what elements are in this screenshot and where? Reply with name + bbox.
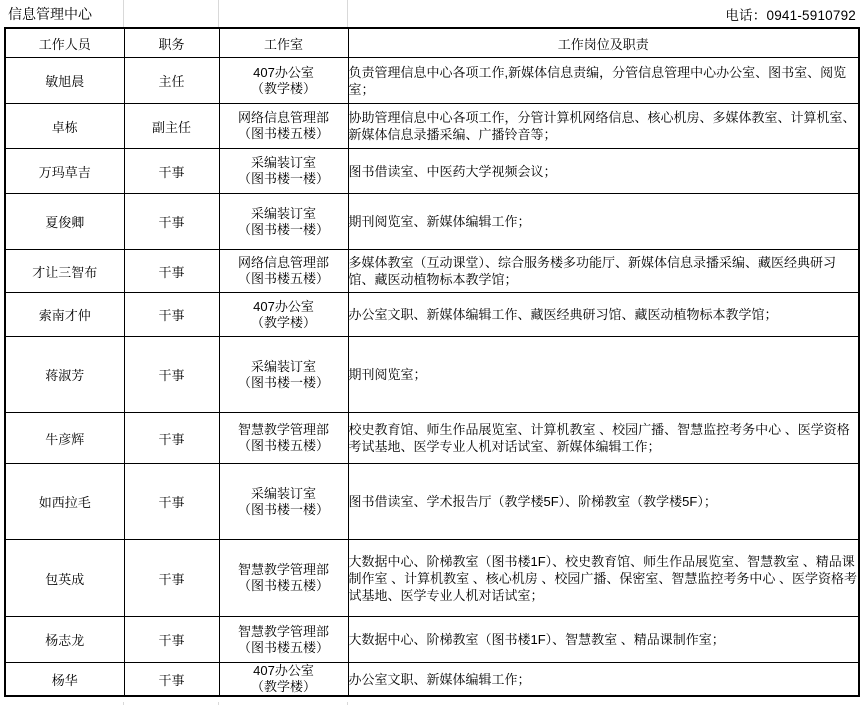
table-row: 卓栋 副主任 网络信息管理部 （图书楼五楼） 协助管理信息中心各项工作，分管计算… xyxy=(5,104,859,149)
office-name: 407办公室 xyxy=(220,65,348,81)
staff-duties-cell: 期刊阅览室、新媒体编辑工作； xyxy=(348,194,859,250)
title-row: 信息管理中心 电话：0941-5910792 xyxy=(0,0,864,27)
phone-number: 电话：0941-5910792 xyxy=(725,0,856,27)
staff-name-cell: 包英成 xyxy=(5,540,124,617)
header-office: 工作室 xyxy=(219,28,348,58)
staff-office-cell: 采编装订室 （图书楼一楼） xyxy=(219,194,348,250)
staff-office-cell: 407办公室 （教学楼） xyxy=(219,663,348,697)
staff-duties-cell: 多媒体教室（互动课堂）、综合服务楼多功能厅、新媒体信息录播采编、藏医经典研习馆、… xyxy=(348,250,859,293)
table-row: 牛彦辉 干事 智慧教学管理部 （图书楼五楼） 校史教育馆、师生作品展览室、计算机… xyxy=(5,413,859,464)
page-title: 信息管理中心 xyxy=(8,0,92,27)
table-row: 敏旭晨 主任 407办公室 （教学楼） 负责管理信息中心各项工作,新媒体信息责编… xyxy=(5,58,859,104)
staff-office-cell: 采编装订室 （图书楼一楼） xyxy=(219,464,348,540)
office-location: （图书楼五楼） xyxy=(220,126,348,142)
sheet-view: 信息管理中心 电话：0941-5910792 工作人员 职务 工作室 工作岗位及… xyxy=(0,0,864,705)
table-header: 工作人员 职务 工作室 工作岗位及职责 xyxy=(5,28,859,58)
staff-name-cell: 蒋淑芳 xyxy=(5,337,124,413)
gridline xyxy=(218,0,219,27)
staff-office-cell: 智慧教学管理部 （图书楼五楼） xyxy=(219,413,348,464)
table-body: 敏旭晨 主任 407办公室 （教学楼） 负责管理信息中心各项工作,新媒体信息责编… xyxy=(5,58,859,697)
gridline xyxy=(347,0,348,27)
staff-office-cell: 智慧教学管理部 （图书楼五楼） xyxy=(219,540,348,617)
staff-name-cell: 敏旭晨 xyxy=(5,58,124,104)
staff-office-cell: 采编装订室 （图书楼一楼） xyxy=(219,337,348,413)
table-row: 索南才仲 干事 407办公室 （教学楼） 办公室文职、新媒体编辑工作、藏医经典研… xyxy=(5,293,859,337)
staff-name-cell: 夏俊卿 xyxy=(5,194,124,250)
staff-office-cell: 407办公室 （教学楼） xyxy=(219,293,348,337)
staff-position-cell: 干事 xyxy=(124,663,219,697)
staff-position-cell: 干事 xyxy=(124,149,219,194)
staff-duties-cell: 协助管理信息中心各项工作，分管计算机网络信息、核心机房、多媒体教室、计算机室、新… xyxy=(348,104,859,149)
office-location: （图书楼一楼） xyxy=(220,222,348,238)
staff-office-cell: 网络信息管理部 （图书楼五楼） xyxy=(219,250,348,293)
staff-name-cell: 万玛草吉 xyxy=(5,149,124,194)
staff-position-cell: 干事 xyxy=(124,464,219,540)
office-location: （图书楼一楼） xyxy=(220,171,348,187)
office-location: （图书楼一楼） xyxy=(220,502,348,518)
office-name: 采编装订室 xyxy=(220,206,348,222)
office-name: 网络信息管理部 xyxy=(220,255,348,271)
table-row: 夏俊卿 干事 采编装订室 （图书楼一楼） 期刊阅览室、新媒体编辑工作； xyxy=(5,194,859,250)
table-row: 如西拉毛 干事 采编装订室 （图书楼一楼） 图书借读室、学术报告厅（教学楼5F）… xyxy=(5,464,859,540)
staff-duties-cell: 期刊阅览室； xyxy=(348,337,859,413)
staff-position-cell: 干事 xyxy=(124,293,219,337)
staff-duties-cell: 图书借读室、中医药大学视频会议； xyxy=(348,149,859,194)
staff-duty-table: 工作人员 职务 工作室 工作岗位及职责 敏旭晨 主任 407办公室 （教学楼） … xyxy=(4,27,860,697)
table-row: 才让三智布 干事 网络信息管理部 （图书楼五楼） 多媒体教室（互动课堂）、综合服… xyxy=(5,250,859,293)
staff-office-cell: 网络信息管理部 （图书楼五楼） xyxy=(219,104,348,149)
office-location: （图书楼五楼） xyxy=(220,271,348,287)
header-staff: 工作人员 xyxy=(5,28,124,58)
office-location: （教学楼） xyxy=(220,679,348,695)
staff-name-cell: 索南才仲 xyxy=(5,293,124,337)
staff-name-cell: 牛彦辉 xyxy=(5,413,124,464)
office-location: （图书楼五楼） xyxy=(220,640,348,656)
staff-name-cell: 如西拉毛 xyxy=(5,464,124,540)
staff-office-cell: 采编装订室 （图书楼一楼） xyxy=(219,149,348,194)
office-name: 网络信息管理部 xyxy=(220,110,348,126)
table-row: 杨华 干事 407办公室 （教学楼） 办公室文职、新媒体编辑工作； xyxy=(5,663,859,697)
office-name: 智慧教学管理部 xyxy=(220,422,348,438)
staff-name-cell: 杨志龙 xyxy=(5,617,124,663)
office-location: （图书楼五楼） xyxy=(220,578,348,594)
staff-position-cell: 干事 xyxy=(124,337,219,413)
office-name: 采编装订室 xyxy=(220,486,348,502)
staff-position-cell: 主任 xyxy=(124,58,219,104)
office-name: 采编装订室 xyxy=(220,155,348,171)
office-name: 智慧教学管理部 xyxy=(220,624,348,640)
staff-duties-cell: 大数据中心、阶梯教室（图书楼1F）、校史教育馆、师生作品展览室、智慧教室 、精品… xyxy=(348,540,859,617)
gridline xyxy=(123,0,124,27)
office-name: 采编装订室 xyxy=(220,359,348,375)
header-position: 职务 xyxy=(124,28,219,58)
staff-name-cell: 卓栋 xyxy=(5,104,124,149)
office-name: 智慧教学管理部 xyxy=(220,562,348,578)
header-duties: 工作岗位及职责 xyxy=(348,28,859,58)
staff-duties-cell: 办公室文职、新媒体编辑工作； xyxy=(348,663,859,697)
office-location: （教学楼） xyxy=(220,81,348,97)
office-location: （图书楼一楼） xyxy=(220,375,348,391)
office-location: （教学楼） xyxy=(220,315,348,331)
table-row: 蒋淑芳 干事 采编装订室 （图书楼一楼） 期刊阅览室； xyxy=(5,337,859,413)
office-name: 407办公室 xyxy=(220,663,348,679)
office-name: 407办公室 xyxy=(220,299,348,315)
staff-name-cell: 才让三智布 xyxy=(5,250,124,293)
staff-position-cell: 干事 xyxy=(124,194,219,250)
staff-position-cell: 干事 xyxy=(124,617,219,663)
staff-position-cell: 干事 xyxy=(124,250,219,293)
staff-duties-cell: 大数据中心、阶梯教室（图书楼1F）、智慧教室 、精品课制作室； xyxy=(348,617,859,663)
staff-position-cell: 副主任 xyxy=(124,104,219,149)
staff-duties-cell: 校史教育馆、师生作品展览室、计算机教室 、校园广播、智慧监控考务中心 、医学资格… xyxy=(348,413,859,464)
staff-name-cell: 杨华 xyxy=(5,663,124,697)
header-row: 工作人员 职务 工作室 工作岗位及职责 xyxy=(5,28,859,58)
staff-duties-cell: 负责管理信息中心各项工作,新媒体信息责编，分管信息管理中心办公室、图书室、阅览室… xyxy=(348,58,859,104)
staff-office-cell: 智慧教学管理部 （图书楼五楼） xyxy=(219,617,348,663)
staff-office-cell: 407办公室 （教学楼） xyxy=(219,58,348,104)
staff-duties-cell: 图书借读室、学术报告厅（教学楼5F）、阶梯教室（教学楼5F）； xyxy=(348,464,859,540)
office-location: （图书楼五楼） xyxy=(220,438,348,454)
staff-duties-cell: 办公室文职、新媒体编辑工作、藏医经典研习馆、藏医动植物标本教学馆； xyxy=(348,293,859,337)
staff-position-cell: 干事 xyxy=(124,413,219,464)
table-row: 包英成 干事 智慧教学管理部 （图书楼五楼） 大数据中心、阶梯教室（图书楼1F）… xyxy=(5,540,859,617)
staff-position-cell: 干事 xyxy=(124,540,219,617)
table-row: 杨志龙 干事 智慧教学管理部 （图书楼五楼） 大数据中心、阶梯教室（图书楼1F）… xyxy=(5,617,859,663)
table-row: 万玛草吉 干事 采编装订室 （图书楼一楼） 图书借读室、中医药大学视频会议； xyxy=(5,149,859,194)
